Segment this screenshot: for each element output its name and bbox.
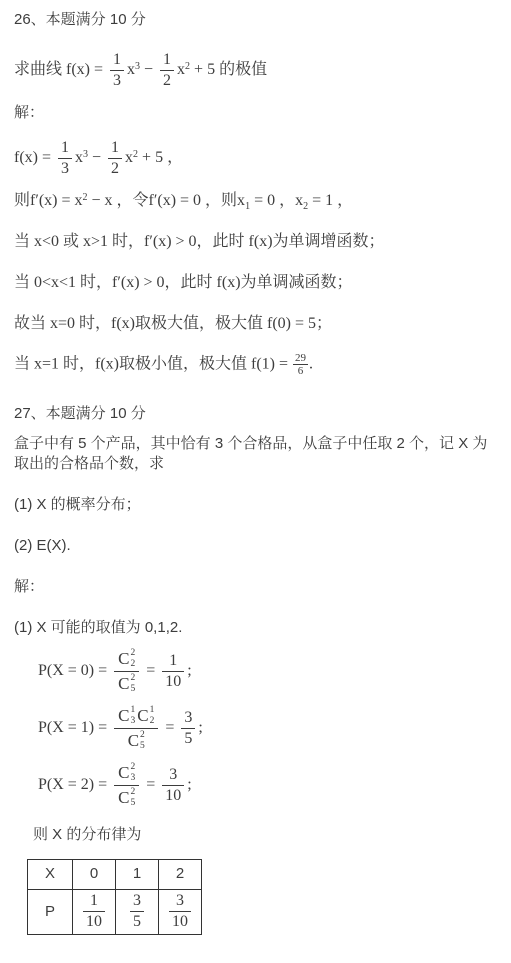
text-run: ; [187, 776, 191, 793]
text-run: P(X = 1) = [38, 719, 111, 736]
text-run: 1 [169, 652, 177, 669]
fraction: 35 [130, 892, 144, 930]
fraction: 13 [58, 139, 72, 177]
text-run: 3 [184, 709, 192, 726]
fraction-numerator: 3 [169, 892, 191, 912]
combination-letter: C [128, 732, 139, 749]
problem-27-statement: 盒子中有 5 个产品，其中恰有 3 个合格品，从盒子中任取 2 个，记 X 为取… [14, 434, 497, 474]
combination-upper-index: 2 [131, 648, 136, 659]
fraction: 296 [293, 352, 308, 377]
text-run: 当 x=1 时，f(x)取极小值，极大值 f(1) = [14, 356, 292, 373]
fraction-denominator: 10 [169, 912, 191, 931]
text-run: 3 [176, 892, 184, 909]
combination-symbol: C25 [118, 673, 135, 695]
formula-fx: f(x) = 13x3 − 12x2 + 5 ， [14, 139, 497, 177]
case-decreasing: 当 0<x<1 时，f′(x) > 0，此时 f(x)为单调减函数； [14, 273, 497, 293]
problem-26-statement: 求曲线 f(x) = 13x3 − 12x2 + 5 的极值 [14, 51, 497, 89]
fraction-denominator: 10 [83, 912, 105, 931]
text-run: X [45, 865, 55, 882]
combination-indices: 25 [131, 673, 136, 695]
text-run: 10 [165, 787, 181, 804]
fraction-denominator: 3 [110, 71, 124, 90]
combination-letter: C [118, 764, 129, 781]
text-run: 0 [90, 865, 98, 882]
text-run: f(x) = [14, 149, 55, 166]
combination-symbol: C23 [118, 762, 135, 784]
fraction-numerator: C23 [114, 762, 139, 786]
combination-indices: 25 [131, 787, 136, 809]
table-cell: P [28, 889, 73, 934]
combination-symbol: C25 [118, 787, 135, 809]
combination-upper-index: 1 [131, 705, 136, 716]
text-run: 3 [133, 892, 141, 909]
text-run: = [142, 662, 159, 679]
text-run: + 5 ， [138, 149, 183, 166]
combination-symbol: C13 [118, 705, 135, 727]
problem-26-header: 26、本题满分 10 分 [14, 10, 497, 30]
text-run: P [45, 903, 55, 920]
combination-indices: 12 [150, 705, 155, 727]
combination-lower-index: 3 [131, 773, 136, 784]
text-run: x [177, 61, 185, 78]
text-run: 2 [163, 72, 171, 89]
text-run: P(X = 2) = [38, 776, 111, 793]
text-run: 2 [111, 160, 119, 177]
text-run: 26、本题满分 10 分 [14, 11, 146, 28]
fraction-numerator: 1 [58, 139, 72, 159]
fraction-numerator: 3 [162, 766, 184, 786]
text-run: = [142, 776, 159, 793]
table-cell: 2 [159, 859, 202, 889]
text-run: 当 x<0 或 x>1 时，f′(x) > 0，此时 f(x)为单调增函数； [14, 233, 385, 250]
combination-letter: C [118, 707, 129, 724]
text-run: 5 [133, 913, 141, 930]
text-run: 10 [86, 913, 102, 930]
combination-indices: 13 [131, 705, 136, 727]
combination-indices: 22 [131, 648, 136, 670]
text-run: . [309, 356, 313, 373]
combination-lower-index: 2 [150, 716, 155, 727]
text-run: x [127, 61, 135, 78]
possible-values: (1) X 可能的取值为 0,1,2. [14, 618, 497, 638]
fraction: C23C25 [114, 762, 139, 809]
fraction-denominator: C25 [114, 672, 139, 695]
table-cell: 1 [116, 859, 159, 889]
text-run: = 0 ，x [250, 192, 303, 209]
text-run: 2 [176, 865, 184, 882]
combination-lower-index: 5 [131, 684, 136, 695]
fraction-denominator: C25 [114, 729, 158, 752]
fraction-numerator: C13C12 [114, 705, 158, 729]
text-run: 故当 x=0 时，f(x)取极大值，极大值 f(0) = 5； [14, 315, 332, 332]
combination-upper-index: 2 [131, 673, 136, 684]
minimum-statement: 当 x=1 时，f(x)取极小值，极大值 f(1) = 296. [14, 352, 497, 377]
fraction: 35 [181, 709, 195, 747]
text-run: 3 [61, 160, 69, 177]
combination-lower-index: 3 [131, 716, 136, 727]
text-run: 10 [165, 673, 181, 690]
combination-lower-index: 5 [140, 741, 145, 752]
fraction: 310 [169, 892, 191, 930]
table-cell: 310 [159, 889, 202, 934]
formula-derivative: 则f′(x) = x2 − x ，令f′(x) = 0 ，则x1 = 0 ，x2… [14, 191, 497, 211]
combination-letter: C [118, 675, 129, 692]
text-run: (1) X 可能的取值为 0,1,2. [14, 619, 182, 636]
text-run: 10 [172, 913, 188, 930]
maximum-statement: 故当 x=0 时，f(x)取极大值，极大值 f(0) = 5； [14, 314, 497, 334]
combination-letter: C [137, 707, 148, 724]
text-run: (2) E(X). [14, 537, 71, 554]
text-run: 当 0<x<1 时，f′(x) > 0，此时 f(x)为单调减函数； [14, 274, 353, 291]
document: 26、本题满分 10 分求曲线 f(x) = 13x3 − 12x2 + 5 的… [0, 0, 511, 951]
text-run: 1 [111, 139, 119, 156]
solution-label-27: 解： [14, 577, 497, 597]
solution-label-26: 解： [14, 103, 497, 123]
fraction: 12 [108, 139, 122, 177]
text-run: 解： [14, 104, 44, 121]
text-run: = 1 ， [308, 192, 353, 209]
combination-letter: C [118, 650, 129, 667]
fraction-denominator: 2 [160, 71, 174, 90]
fraction-numerator: 3 [181, 709, 195, 729]
fraction-numerator: 1 [108, 139, 122, 159]
text-run: x [125, 149, 133, 166]
fraction-denominator: 2 [108, 159, 122, 178]
table-cell: 35 [116, 889, 159, 934]
text-run: 6 [298, 365, 304, 377]
fraction-denominator: 6 [293, 365, 308, 377]
text-run: ; [187, 662, 191, 679]
combination-symbol: C22 [118, 648, 135, 670]
text-run: ; [198, 719, 202, 736]
fraction-denominator: 5 [130, 912, 144, 931]
problem-27-header: 27、本题满分 10 分 [14, 404, 497, 424]
fraction-denominator: 5 [181, 729, 195, 748]
question-1: (1) X 的概率分布； [14, 495, 497, 515]
combination-lower-index: 2 [131, 659, 136, 670]
text-run: + 5 的极值 [190, 61, 267, 78]
question-2: (2) E(X). [14, 536, 497, 556]
text-run: 1 [133, 865, 141, 882]
fraction-numerator: 3 [130, 892, 144, 912]
fraction: 12 [160, 51, 174, 89]
text-run: 5 [184, 730, 192, 747]
fraction: C22C25 [114, 648, 139, 695]
fraction: 110 [162, 652, 184, 690]
text-run: 29 [295, 352, 306, 364]
table-cell: 0 [73, 859, 116, 889]
text-run: 则 X 的分布律为 [33, 826, 141, 843]
fraction: 110 [83, 892, 105, 930]
text-run: 27、本题满分 10 分 [14, 405, 146, 422]
combination-symbol: C25 [128, 730, 145, 752]
text-run: 盒子中有 5 个产品，其中恰有 3 个合格品，从盒子中任取 2 个，记 X 为取… [14, 435, 487, 472]
combination-symbol: C12 [137, 705, 154, 727]
text-run: 1 [61, 139, 69, 156]
combination-upper-index: 2 [131, 787, 136, 798]
fraction: 310 [162, 766, 184, 804]
fraction-denominator: 10 [162, 672, 184, 691]
text-run: 1 [163, 51, 171, 68]
fraction-numerator: 1 [110, 51, 124, 71]
distribution-intro: 则 X 的分布律为 [33, 825, 497, 845]
fraction-denominator: 10 [162, 786, 184, 805]
combination-upper-index: 1 [150, 705, 155, 716]
distribution-table: X012P11035310 [27, 859, 202, 935]
combination-indices: 23 [131, 762, 136, 784]
table-cell: 110 [73, 889, 116, 934]
text-run: 求曲线 f(x) = [14, 61, 107, 78]
text-run: 1 [113, 51, 121, 68]
table-row: X012 [28, 859, 202, 889]
fraction-numerator: 1 [162, 652, 184, 672]
fraction: C13C12C25 [114, 705, 158, 752]
fraction-denominator: C25 [114, 786, 139, 809]
combination-upper-index: 2 [131, 762, 136, 773]
text-run: 则f′(x) = x [14, 192, 83, 209]
table-row: P11035310 [28, 889, 202, 934]
fraction-numerator: C22 [114, 648, 139, 672]
fraction: 13 [110, 51, 124, 89]
prob-x1: P(X = 1) = C13C12C25 = 35; [38, 705, 497, 752]
prob-x0: P(X = 0) = C22C25 = 110; [38, 648, 497, 695]
text-run: − x ，令f′(x) = 0 ，则x [88, 192, 246, 209]
combination-upper-index: 2 [140, 730, 145, 741]
case-increasing: 当 x<0 或 x>1 时，f′(x) > 0，此时 f(x)为单调增函数； [14, 232, 497, 252]
text-run: − [140, 61, 157, 78]
text-run: − [88, 149, 105, 166]
fraction-denominator: 3 [58, 159, 72, 178]
prob-x2: P(X = 2) = C23C25 = 310; [38, 762, 497, 809]
fraction-numerator: 29 [293, 352, 308, 365]
fraction-numerator: 1 [83, 892, 105, 912]
combination-indices: 25 [140, 730, 145, 752]
text-run: 1 [90, 892, 98, 909]
text-run: = [161, 719, 178, 736]
text-run: 3 [113, 72, 121, 89]
table-cell: X [28, 859, 73, 889]
combination-letter: C [118, 789, 129, 806]
combination-lower-index: 5 [131, 798, 136, 809]
text-run: 解： [14, 578, 44, 595]
fraction-numerator: 1 [160, 51, 174, 71]
text-run: 3 [169, 766, 177, 783]
text-run: (1) X 的概率分布； [14, 496, 141, 513]
text-run: x [75, 149, 83, 166]
text-run: P(X = 0) = [38, 662, 111, 679]
